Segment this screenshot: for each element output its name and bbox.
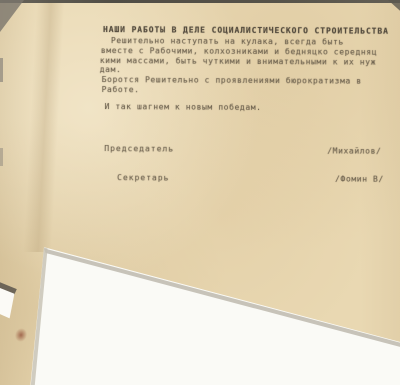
typed-line: Решительно наступать на кулака, всегда б…	[111, 37, 344, 46]
typed-line: Работе.	[102, 86, 140, 94]
closing-line: И так шагнем к новым победам.	[105, 103, 262, 112]
typed-text-block: НАШИ РАБОТЫ В ДЕЛЕ СОЦИАЛИСТИЧЕСКОГО СТР…	[0, 0, 400, 385]
typed-line: Боротся Решительно с проявлениями бюрокр…	[102, 76, 362, 86]
signature-role-secretary: Секретарь	[117, 174, 169, 182]
typed-line: кими массами, быть чуткими и внимательны…	[100, 57, 376, 67]
document-heading: НАШИ РАБОТЫ В ДЕЛЕ СОЦИАЛИСТИЧЕСКОГО СТР…	[103, 26, 389, 36]
typed-line: дам.	[100, 66, 122, 74]
scanned-document: НАШИ РАБОТЫ В ДЕЛЕ СОЦИАЛИСТИЧЕСКОГО СТР…	[0, 0, 400, 385]
signature-name-secretary: /Фомин В/	[335, 175, 384, 183]
typed-line: вместе с Рабочими, колхозниками и бедняц…	[101, 47, 377, 57]
signature-role-chairman: Председатель	[104, 145, 174, 153]
signature-name-chairman: /Михайлов/	[327, 147, 381, 155]
